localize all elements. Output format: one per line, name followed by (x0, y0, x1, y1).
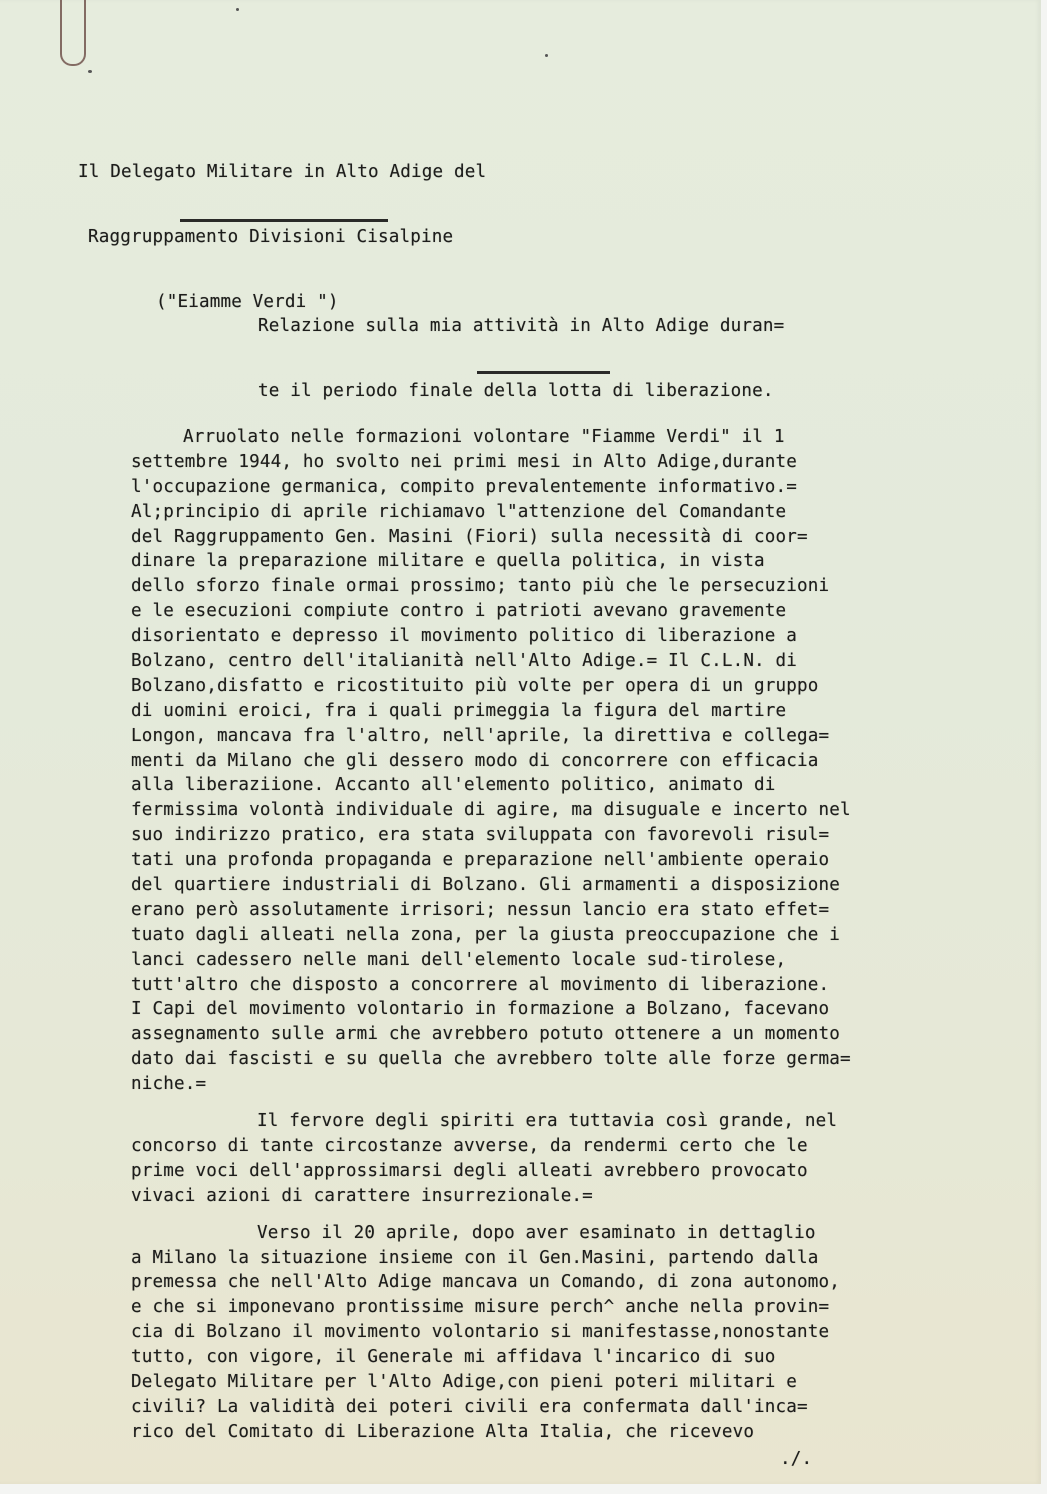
paragraph-gap (131, 1097, 851, 1109)
staple-mark (60, 0, 86, 66)
text-line: prime voci dell'approssimarsi degli alle… (131, 1159, 851, 1184)
paragraph-gap (131, 1209, 851, 1221)
text-line: suo indirizzo pratico, era stata svilupp… (131, 823, 851, 848)
text-line: alla liberaziione. Accanto all'elemento … (131, 773, 851, 798)
text-line: niche.= (131, 1072, 851, 1097)
continuation-mark: ./. (780, 1449, 812, 1469)
text-line: l'occupazione germanica, compito prevale… (131, 475, 851, 500)
text-line: dello sforzo finale ormai prossimo; tant… (131, 574, 851, 599)
paper-speck (545, 54, 548, 57)
scan-border (1041, 0, 1047, 1494)
text-line: dinare la preparazione militare e quella… (131, 549, 851, 574)
text-line: vivaci azioni di carattere insurrezional… (131, 1184, 851, 1209)
subject-block: Relazione sulla mia attività in Alto Adi… (258, 274, 784, 444)
text-line: concorso di tante circostanze avverse, d… (131, 1134, 851, 1159)
text-line: di uomini eroici, fra i quali primeggia … (131, 699, 851, 724)
document-page: Il Delegato Militare in Alto Adige del R… (0, 0, 1041, 1484)
text-line: dato dai fascisti e su quella che avrebb… (131, 1047, 851, 1072)
subject-line: Relazione sulla mia attività in Alto Adi… (258, 314, 784, 339)
text-line: Al;principio di aprile richiamavo l"atte… (131, 500, 851, 525)
text-line: Bolzano,disfatto e ricostituito più volt… (131, 674, 851, 699)
text-line: Longon, mancava fra l'altro, nell'aprile… (131, 724, 851, 749)
text-line: lanci cadessero nelle mani dell'elemento… (131, 948, 851, 973)
header-line: Raggruppamento Divisioni Cisalpine (78, 225, 486, 250)
text-line: Verso il 20 aprile, dopo aver esaminato … (131, 1221, 851, 1246)
report-body: Arruolato nelle formazioni volontare "Fi… (131, 425, 851, 1445)
text-line: Il fervore degli spiriti era tuttavia co… (131, 1109, 851, 1134)
text-line: fermissima volontà individuale di agire,… (131, 798, 851, 823)
text-line: tutt'altro che disposto a concorrere al … (131, 973, 851, 998)
text-line: menti da Milano che gli dessero modo di … (131, 749, 851, 774)
text-line: settembre 1944, ho svolto nei primi mesi… (131, 450, 851, 475)
text-line: civili? La validità dei poteri civili er… (131, 1395, 851, 1420)
divider-rule (477, 371, 610, 374)
text-line: assegnamento sulle armi che avrebbero po… (131, 1022, 851, 1047)
text-line: tuato dagli alleati nella zona, per la g… (131, 923, 851, 948)
text-line: e le esecuzioni compiute contro i patrio… (131, 599, 851, 624)
text-line: del Raggruppamento Gen. Masini (Fiori) s… (131, 525, 851, 550)
text-line: premessa che nell'Alto Adige mancava un … (131, 1270, 851, 1295)
divider-rule (180, 219, 388, 222)
paragraph: Verso il 20 aprile, dopo aver esaminato … (131, 1221, 851, 1445)
text-line: cia di Bolzano il movimento volontario s… (131, 1320, 851, 1345)
paragraph: Arruolato nelle formazioni volontare "Fi… (131, 425, 851, 1097)
text-line: a Milano la situazione insieme con il Ge… (131, 1246, 851, 1271)
text-line: rico del Comitato di Liberazione Alta It… (131, 1420, 851, 1445)
text-line: erano però assolutamente irrisori; nessu… (131, 898, 851, 923)
text-line: del quartiere industriali di Bolzano. Gl… (131, 873, 851, 898)
text-line: tati una profonda propaganda e preparazi… (131, 848, 851, 873)
text-line: tutto, con vigore, il Generale mi affida… (131, 1345, 851, 1370)
scan-border (0, 1484, 1047, 1494)
text-line: Delegato Militare per l'Alto Adige,con p… (131, 1370, 851, 1395)
paragraph: Il fervore degli spiriti era tuttavia co… (131, 1109, 851, 1209)
text-line: e che si imponevano prontissime misure p… (131, 1295, 851, 1320)
text-line: Arruolato nelle formazioni volontare "Fi… (131, 425, 851, 450)
header-line: Il Delegato Militare in Alto Adige del (78, 160, 486, 185)
paper-speck (236, 8, 239, 11)
text-line: disorientato e depresso il movimento pol… (131, 624, 851, 649)
paper-speck (88, 70, 92, 73)
text-line: I Capi del movimento volontario in forma… (131, 997, 851, 1022)
subject-line: te il periodo finale della lotta di libe… (258, 379, 784, 404)
text-line: Bolzano, centro dell'italianità nell'Alt… (131, 649, 851, 674)
